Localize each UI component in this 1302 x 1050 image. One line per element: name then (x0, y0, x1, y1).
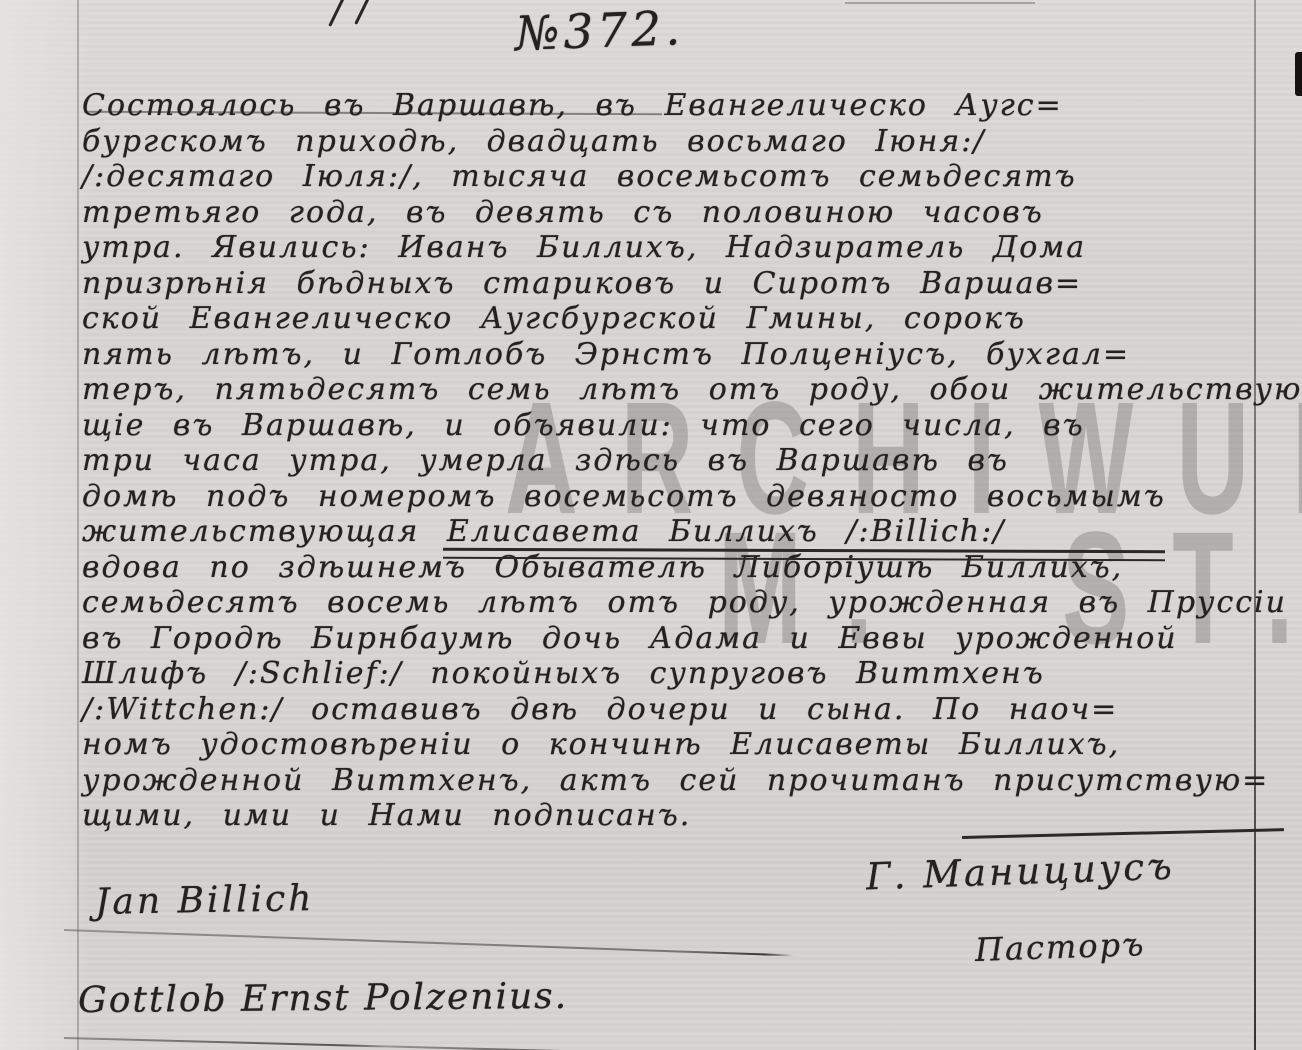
stray-pen-stroke (354, 0, 372, 25)
text-line: Шлифъ /:Schlief:/ покойныхъ супруговъ Ви… (82, 656, 1302, 692)
deceased-name-underlined: Елисавета Биллихъ /:Billich:/ (447, 514, 1005, 549)
text-line: пять лѣтъ, и Готлобъ Эрнстъ Полценіусъ, … (82, 337, 1302, 373)
signature-pastor-name: Г. Манициусъ (865, 845, 1175, 899)
text-line: три часа утра, умерла здѣсь въ Варшавѣ в… (82, 443, 1302, 479)
text-line-prefix: жительствующая (82, 514, 447, 549)
text-line: номъ удостовѣреніи о кончинѣ Елисаветы Б… (82, 727, 1302, 763)
text-line: семьдесятъ восемь лѣтъ отъ роду, урожден… (82, 585, 1302, 621)
signature-jan-billich: Jan Billich (95, 878, 315, 923)
left-margin-rule (77, 0, 79, 1050)
text-line: жительствующая Елисавета Биллихъ /:Billi… (82, 514, 1302, 550)
text-line: /:десятаго Іюля:/, тысяча восемьсотъ сем… (82, 159, 1302, 195)
text-line: въ Городѣ Бирнбаумѣ дочь Адама и Еввы ур… (82, 621, 1302, 657)
stray-pen-stroke (328, 0, 346, 27)
text-line: /:Wittchen:/ оставивъ двѣ дочери и сына.… (82, 692, 1302, 728)
text-line: призрѣнія бѣдныхъ стариковъ и Сиротъ Вар… (82, 266, 1302, 302)
text-line: домѣ подъ номеромъ восемьсотъ девяносто … (82, 479, 1302, 515)
signature-gottlob-ernst: Gottlob Ernst Polzenius. (78, 976, 568, 1021)
text-line: ской Евангелическо Аугсбургской Гмины, с… (82, 301, 1302, 337)
text-line: урожденной Виттхенъ, актъ сей прочитанъ … (82, 763, 1302, 799)
signature-rule-1 (64, 929, 794, 956)
signature-pastor-title: Пасторъ (974, 925, 1146, 969)
text-line: бургскомъ приходѣ, двадцать восьмаго Іюн… (82, 124, 1302, 160)
text-line: утра. Явились: Иванъ Биллихъ, Надзирател… (82, 230, 1302, 266)
text-line: теръ, пятьдесятъ семь лѣтъ отъ роду, обо… (82, 372, 1302, 408)
scanned-document-page: ARCHIWUM M. ST. №372. Состоялось въ Варш… (0, 0, 1302, 1050)
text-line: третьяго года, въ девять съ половиною ча… (82, 195, 1302, 231)
top-edge-rule-fragment (845, 2, 1035, 4)
signature-rule-2 (64, 1037, 764, 1050)
text-line: щіе въ Варшавѣ, и объявили: что сего чис… (82, 408, 1302, 444)
document-body: Состоялось въ Варшавѣ, въ Евангелическо … (82, 88, 1302, 834)
text-line: щими, ими и Нами подписанъ. (82, 798, 1302, 834)
record-number: №372. (514, 1, 685, 62)
text-line: Состоялось въ Варшавѣ, въ Евангелическо … (82, 88, 1302, 124)
